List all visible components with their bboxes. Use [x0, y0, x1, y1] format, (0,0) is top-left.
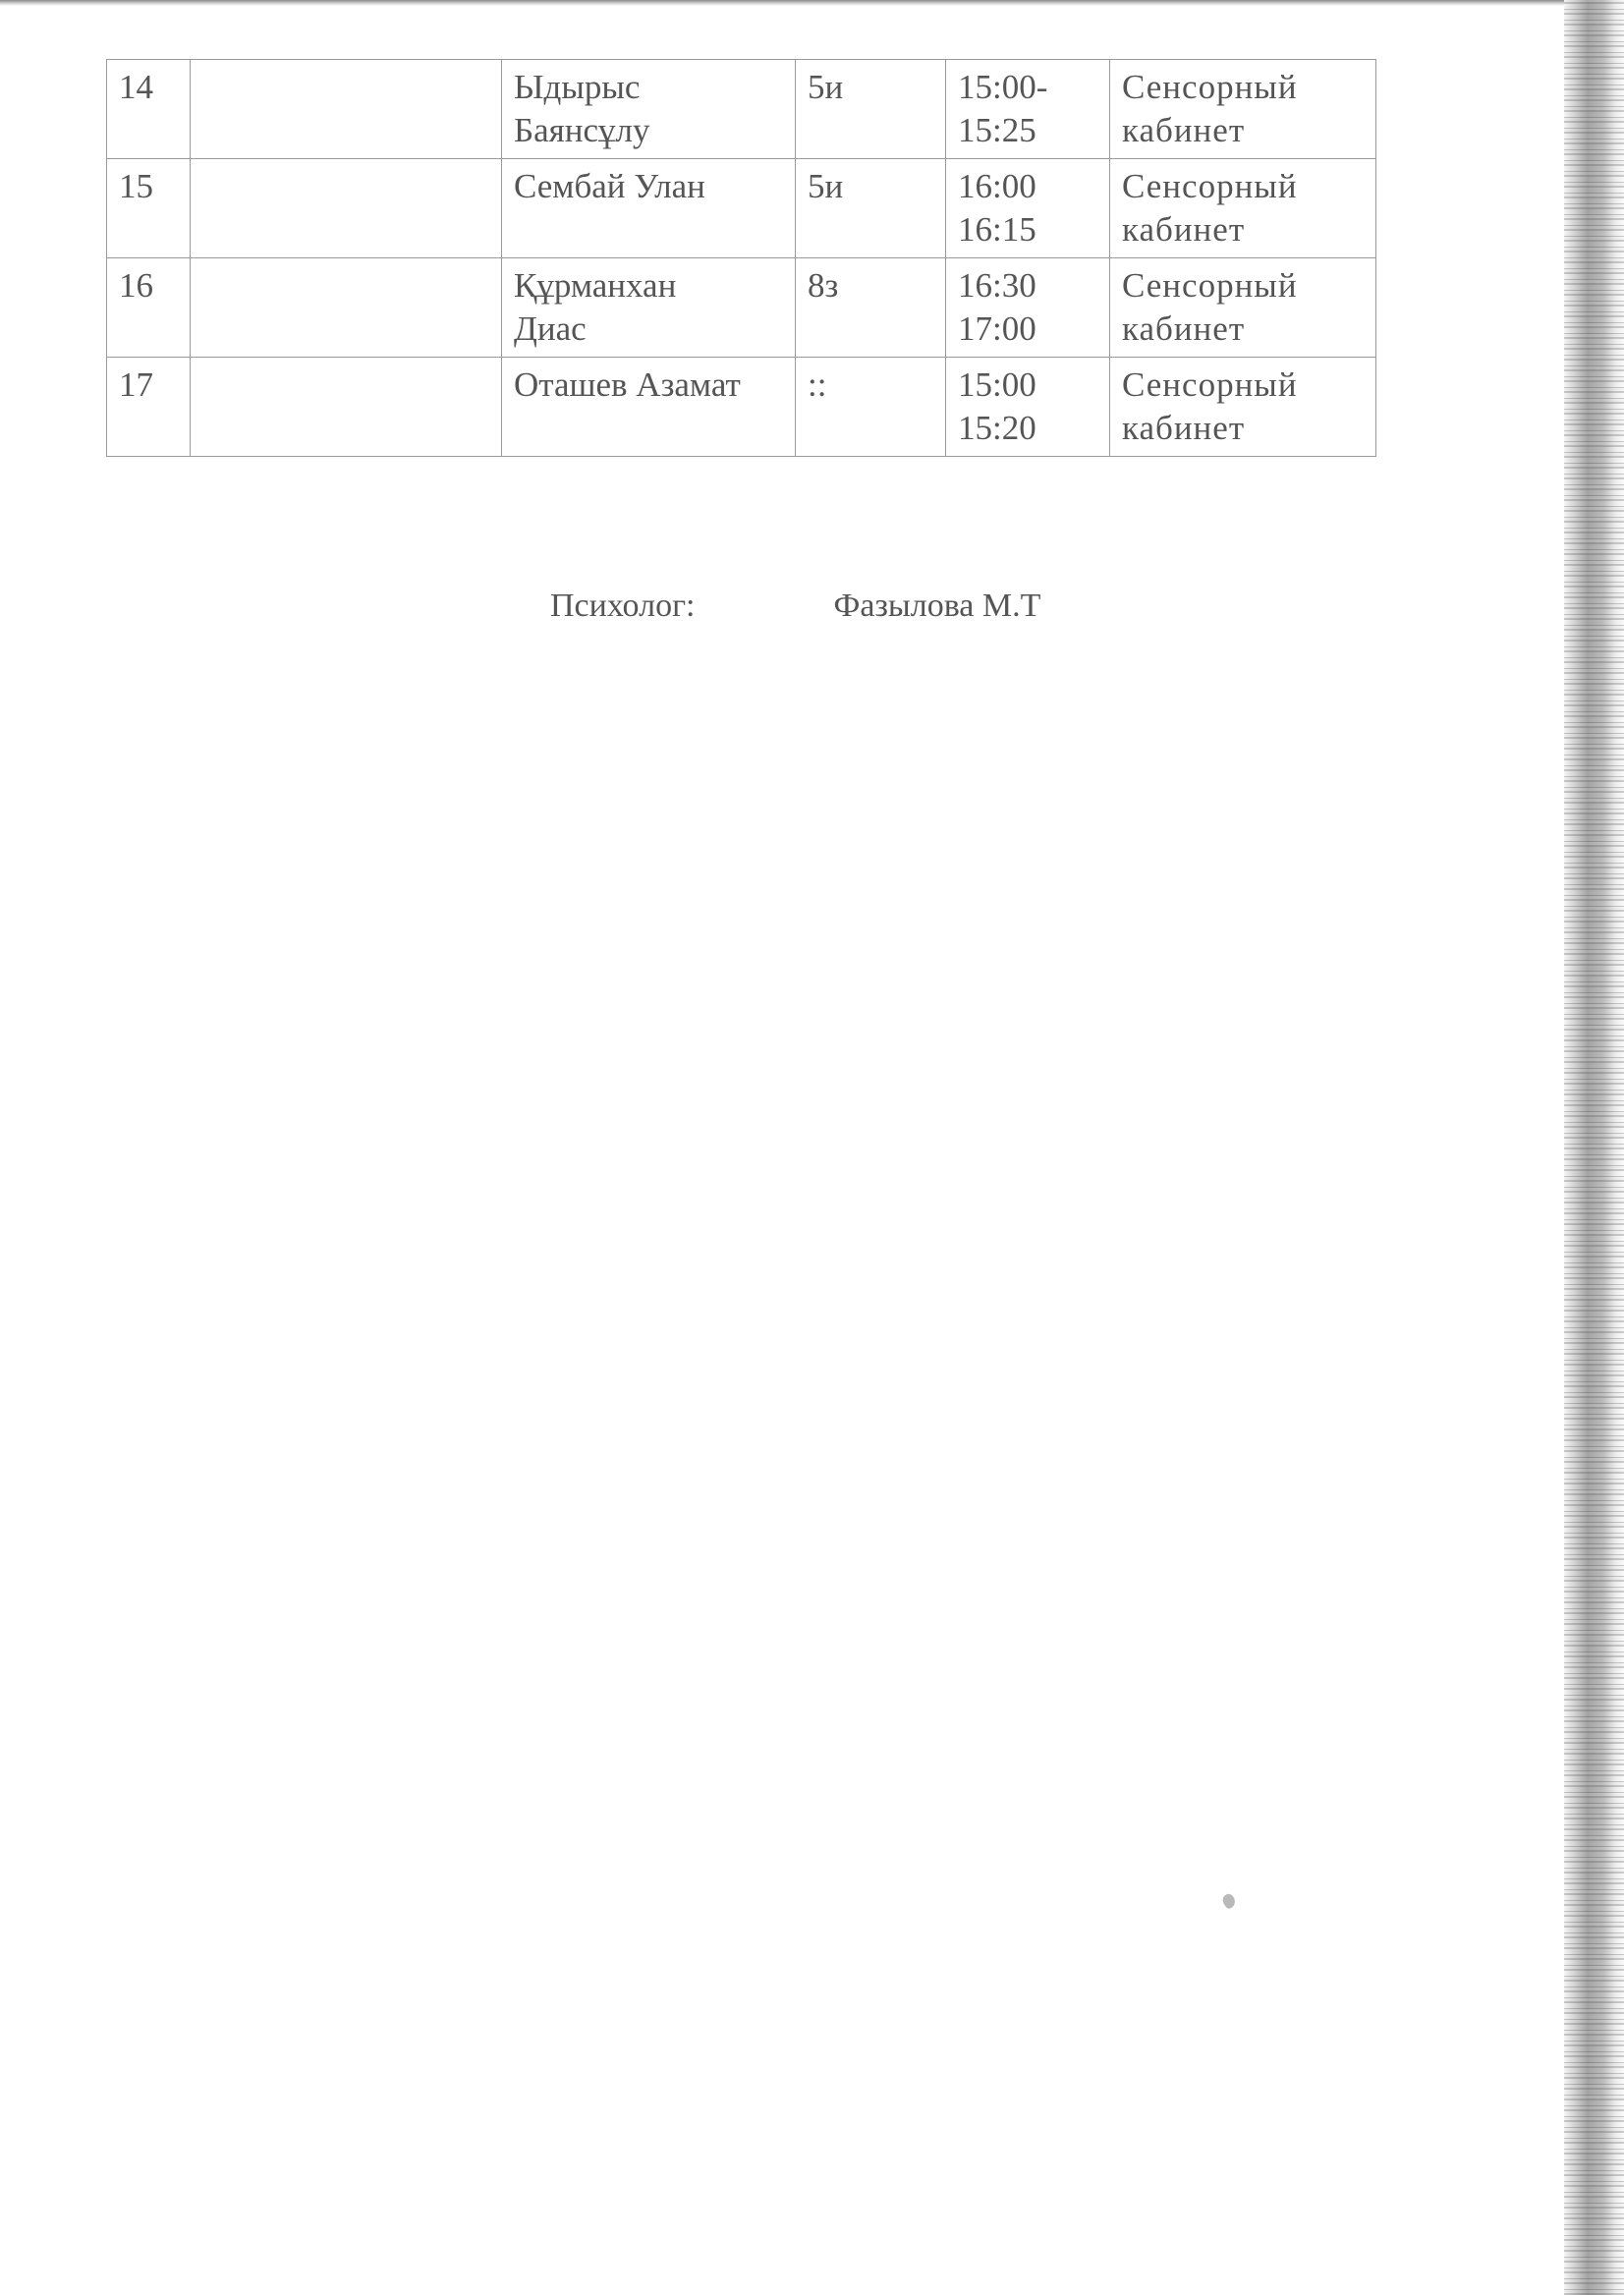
student-name: ҚұрманханДиас: [502, 258, 796, 358]
row-number: 14: [107, 60, 191, 159]
place-cell: Сенсорныйкабинет: [1110, 358, 1376, 457]
empty-cell: [191, 60, 502, 159]
table-row: 17 Оташев Азамат :: 15:0015:20 Сенсорный…: [107, 358, 1376, 457]
table-row: 15 Сембай Улан 5и 16:0016:15 Сенсорныйка…: [107, 159, 1376, 258]
signature-line: Психолог: Фазылова М.Т: [550, 588, 1040, 625]
scan-right-edge: [1564, 0, 1624, 2295]
row-number: 16: [107, 258, 191, 358]
scan-speck: [1220, 1892, 1238, 1910]
place-cell: Сенсорныйкабинет: [1110, 159, 1376, 258]
place-cell: Сенсорныйкабинет: [1110, 258, 1376, 358]
class-cell: 8з: [796, 258, 946, 358]
class-cell: ::: [796, 358, 946, 457]
time-cell: 16:3017:00: [946, 258, 1110, 358]
scan-top-edge: [0, 0, 1624, 6]
place-cell: Сенсорныйкабинет: [1110, 60, 1376, 159]
student-name: Сембай Улан: [502, 159, 796, 258]
signature-role: Психолог:: [550, 588, 825, 625]
row-number: 17: [107, 358, 191, 457]
student-name: ЫдырысБаянсұлу: [502, 60, 796, 159]
class-cell: 5и: [796, 60, 946, 159]
table-row: 14 ЫдырысБаянсұлу 5и 15:00-15:25 Сенсорн…: [107, 60, 1376, 159]
class-cell: 5и: [796, 159, 946, 258]
empty-cell: [191, 159, 502, 258]
row-number: 15: [107, 159, 191, 258]
time-cell: 15:00-15:25: [946, 60, 1110, 159]
empty-cell: [191, 358, 502, 457]
time-cell: 16:0016:15: [946, 159, 1110, 258]
schedule-table: 14 ЫдырысБаянсұлу 5и 15:00-15:25 Сенсорн…: [106, 59, 1376, 457]
empty-cell: [191, 258, 502, 358]
student-name: Оташев Азамат: [502, 358, 796, 457]
time-cell: 15:0015:20: [946, 358, 1110, 457]
signature-name: Фазылова М.Т: [834, 588, 1041, 624]
table-row: 16 ҚұрманханДиас 8з 16:3017:00 Сенсорный…: [107, 258, 1376, 358]
